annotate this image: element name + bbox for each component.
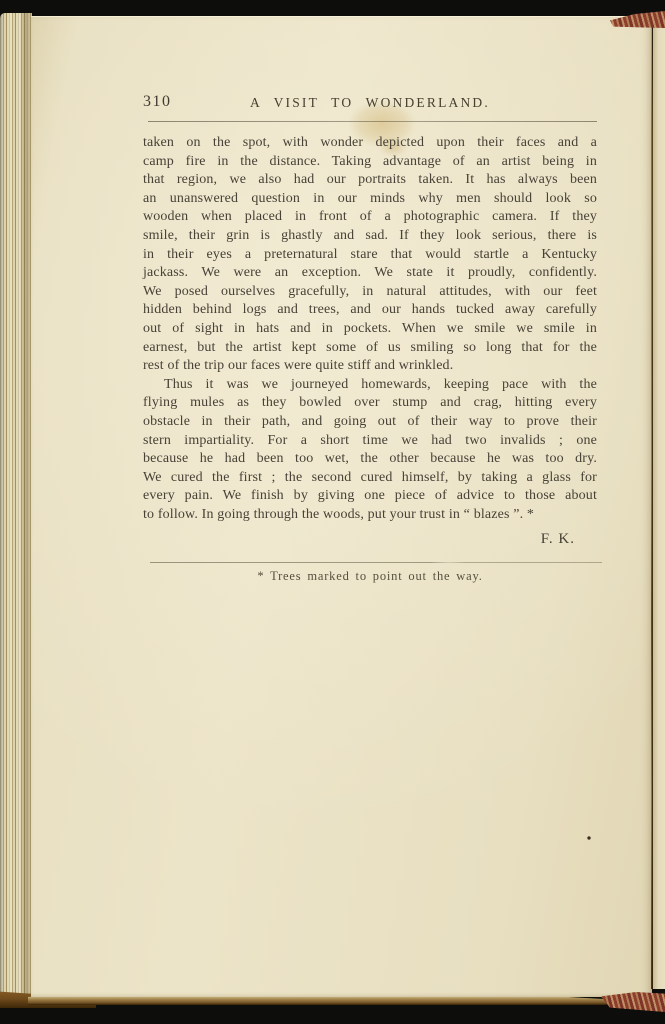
text-line: flying mules as they bowled over stump a… bbox=[143, 394, 597, 413]
headband-top bbox=[610, 11, 665, 28]
text-line: that region, we also had our portraits t… bbox=[143, 171, 597, 190]
text-line: every pain. We finish by giving one piec… bbox=[143, 487, 597, 506]
text-line: in their eyes a preternatural stare that… bbox=[143, 246, 597, 265]
scanned-book-photo: 310 A VISIT TO WONDERLAND. taken on the … bbox=[0, 0, 665, 1024]
gutter-line bbox=[651, 24, 653, 989]
paragraph-1: taken on the spot, with wonder depicted … bbox=[143, 134, 597, 376]
text-line: We cured the first ; the second cured hi… bbox=[143, 469, 597, 488]
text-line: stern impartiality. For a short time we … bbox=[143, 432, 597, 451]
text-line: smile, their grin is ghastly and sad. If… bbox=[143, 227, 597, 246]
bottom-page-edge bbox=[28, 996, 623, 1005]
header-rule bbox=[148, 121, 597, 122]
text-line: jackass. We were an exception. We state … bbox=[143, 264, 597, 283]
text-line: because he had been too wet, the other b… bbox=[143, 450, 597, 469]
text-line: earnest, but the artist kept some of us … bbox=[143, 339, 597, 358]
body-text: taken on the spot, with wonder depicted … bbox=[143, 134, 597, 524]
author-signature: F. K. bbox=[143, 531, 597, 548]
text-line: taken on the spot, with wonder depicted … bbox=[143, 134, 597, 153]
page-edge-stack bbox=[0, 13, 32, 1005]
running-head: A VISIT TO WONDERLAND. bbox=[143, 95, 597, 111]
text-line: to follow. In going through the woods, p… bbox=[143, 506, 597, 525]
text-line: obstacle in their path, and going out of… bbox=[143, 413, 597, 432]
book-page: 310 A VISIT TO WONDERLAND. taken on the … bbox=[31, 16, 652, 997]
text-line: Thus it was we journeyed homewards, keep… bbox=[143, 376, 597, 395]
facing-page-sliver bbox=[653, 25, 665, 989]
text-line: hidden behind logs and trees, and our ha… bbox=[143, 301, 597, 320]
text-line: wooden when placed in front of a photogr… bbox=[143, 208, 597, 227]
page-header: 310 A VISIT TO WONDERLAND. bbox=[143, 93, 597, 113]
paragraph-2: Thus it was we journeyed homewards, keep… bbox=[143, 376, 597, 525]
footnote-rule bbox=[150, 562, 602, 563]
ink-speck bbox=[587, 836, 591, 840]
text-line: We posed ourselves gracefully, in natura… bbox=[143, 283, 597, 302]
text-line: camp fire in the distance. Taking advant… bbox=[143, 153, 597, 172]
text-line: an unanswered question in our minds why … bbox=[143, 190, 597, 209]
footnote: * Trees marked to point out the way. bbox=[143, 569, 597, 584]
text-line: rest of the trip our faces were quite st… bbox=[143, 357, 597, 376]
text-line: out of sight in hats and in pockets. Whe… bbox=[143, 320, 597, 339]
